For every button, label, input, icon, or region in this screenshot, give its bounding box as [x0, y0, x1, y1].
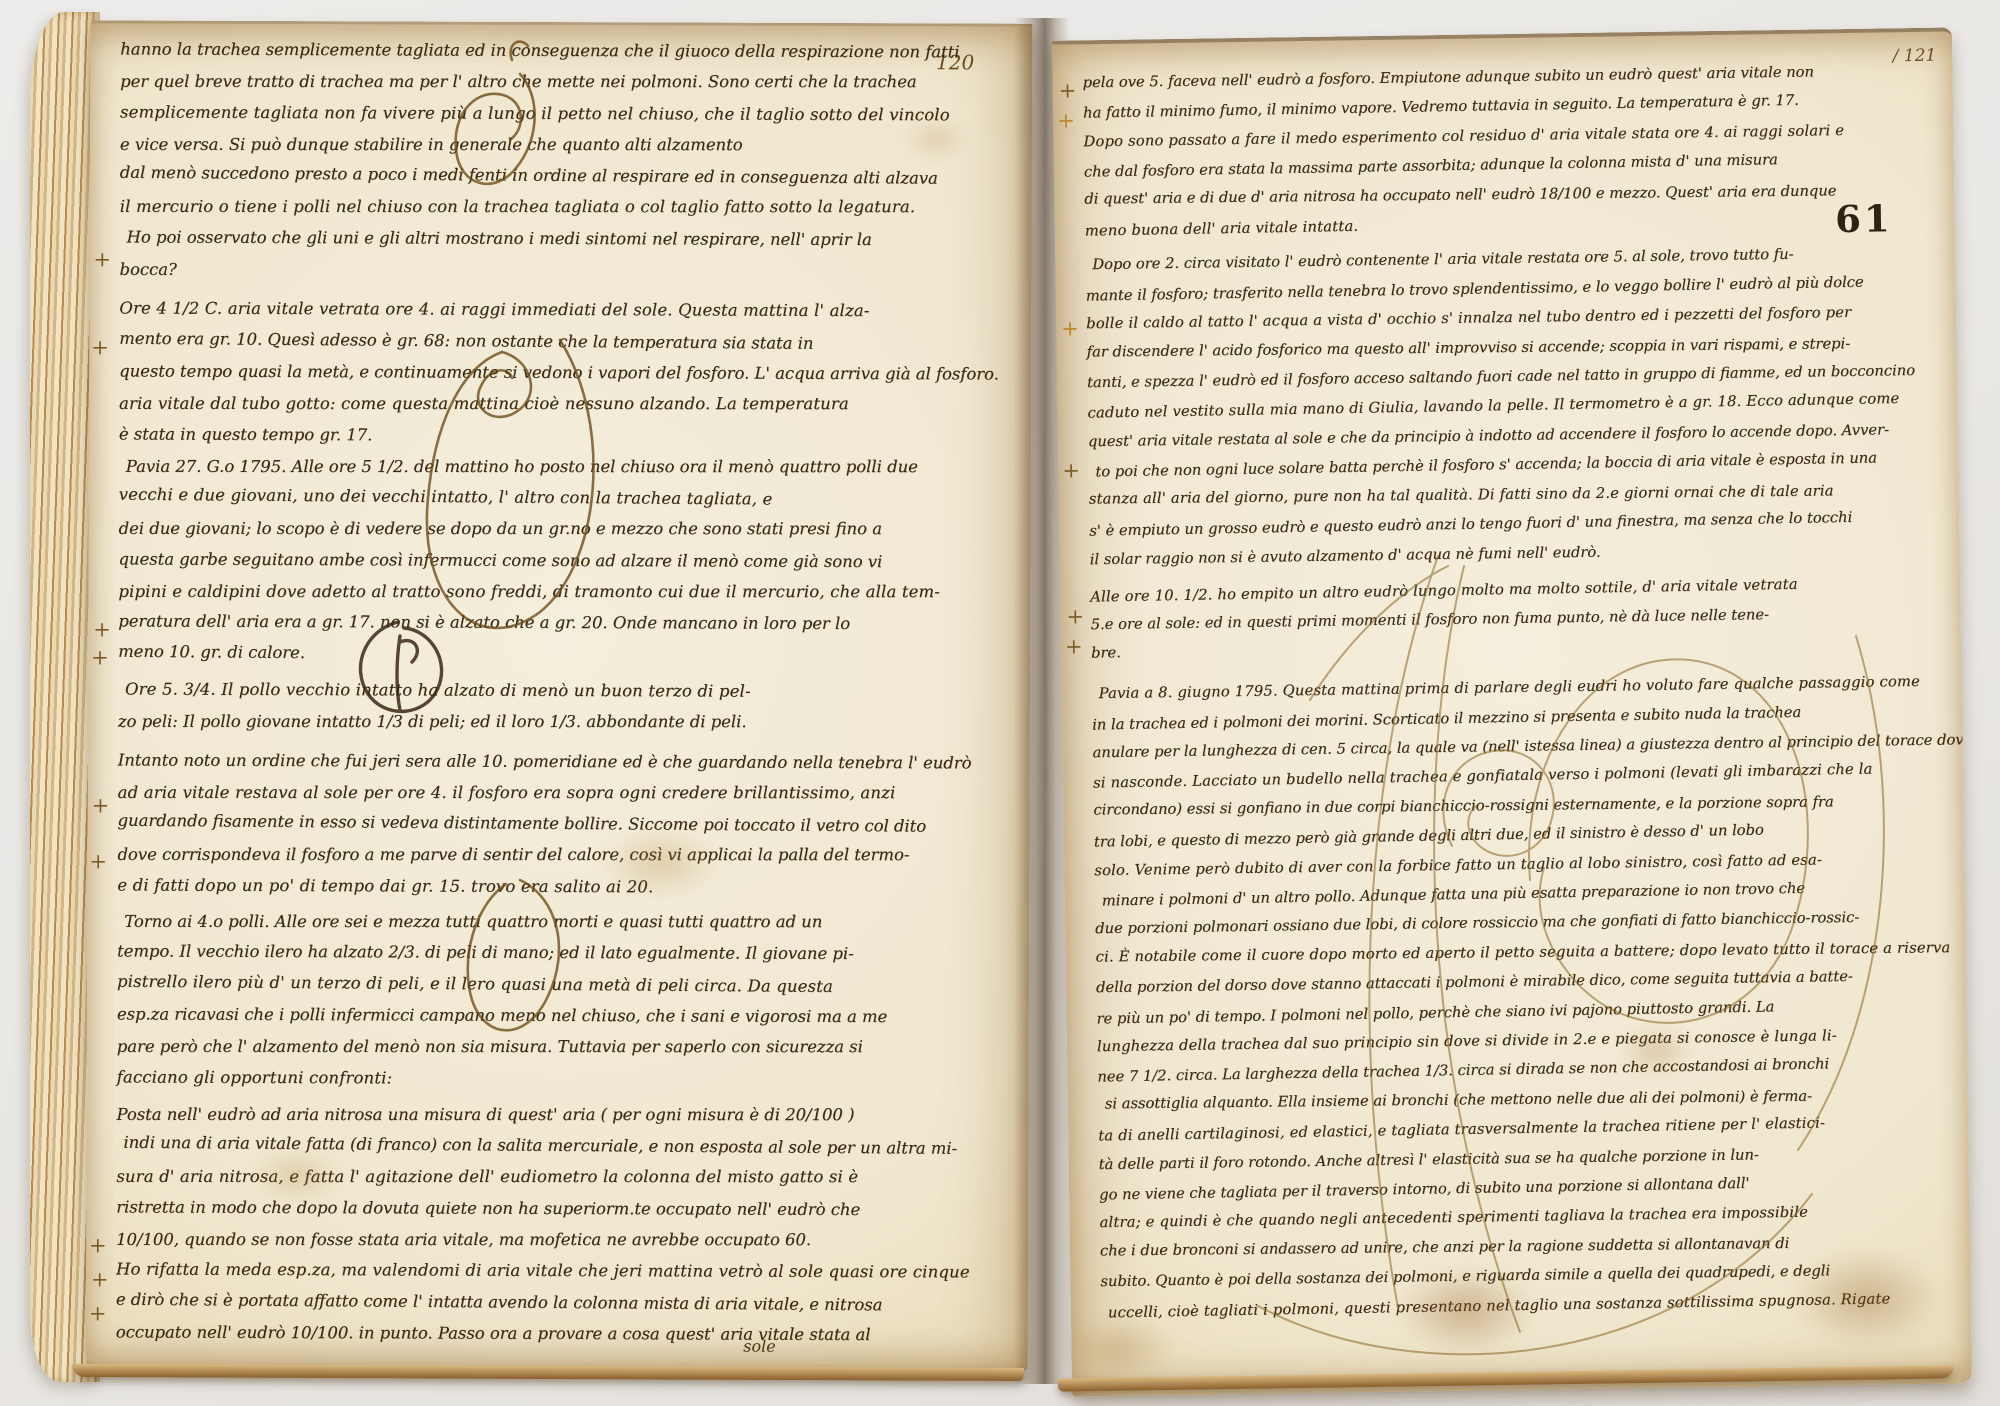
margin-cross-mark: + — [1057, 110, 1075, 131]
manuscript-line: Ho poi osservato che gli uni e gli altri… — [127, 221, 1024, 255]
manuscript-line: e di fatti dopo un po' di tempo dai gr. … — [117, 869, 1021, 903]
manuscript-line: pare però che l' alzamento del menò non … — [117, 1031, 1021, 1063]
manuscript-line: peratura dell' aria era a gr. 17. non si… — [118, 606, 1022, 640]
margin-cross-mark: + — [1061, 318, 1079, 339]
manuscript-line: Posta nell' eudrò ad aria nitrosa una mi… — [117, 1099, 1021, 1131]
margin-cross-mark: + — [1062, 460, 1080, 481]
margin-cross-mark: + — [89, 1303, 107, 1324]
manuscript-line: tempo. Il vecchio ilero ha alzato 2/3. d… — [117, 936, 1021, 970]
margin-cross-mark: + — [89, 851, 107, 872]
manuscript-line: ristretta in modo che dopo la dovuta qui… — [116, 1191, 1020, 1225]
left-page-text: hanno la trachea semplicemente tagliata … — [116, 33, 1025, 1350]
margin-cross-mark: + — [1066, 606, 1084, 627]
margin-cross-mark: + — [91, 337, 109, 358]
manuscript-line: zo peli: Il pollo giovane intatto 1/3 di… — [118, 706, 1022, 738]
manuscript-line: e dirò che si è portata affatto come l' … — [116, 1283, 1020, 1321]
manuscript-line: Pavia 27. G.o 1795. Alle ore 5 1/2. del … — [126, 451, 1023, 483]
margin-cross-mark: + — [1059, 80, 1077, 101]
margin-cross-mark: + — [1065, 636, 1083, 657]
left-page: 120 hanno la trachea semplicemente tagli… — [86, 20, 1033, 1370]
right-page: / 121 61 pela ove 5. faceva nell' eudrò … — [1052, 27, 1972, 1396]
manuscript-line: il mercurio o tiene i polli nel chiuso c… — [120, 191, 1024, 223]
margin-cross-mark: + — [91, 647, 109, 668]
manuscript-line: dei due giovani; lo scopo è di vedere se… — [119, 513, 1023, 545]
manuscript-line: semplicemente tagliata non fa vivere più… — [120, 96, 1024, 130]
manuscript-line: per quel breve tratto di trachea ma per … — [120, 66, 1024, 98]
manuscript-line: esp.za ricavasi che i polli infermicci c… — [117, 998, 1021, 1032]
manuscript-line: facciano gli opportuni confronti: — [117, 1061, 1021, 1095]
page-bottom-edge — [72, 1364, 1024, 1381]
manuscript-line: sura d' aria nitrosa, e fatta l' agitazi… — [116, 1161, 1020, 1193]
manuscript-line: occupato nell' eudrò 10/100. in punto. P… — [116, 1316, 1020, 1350]
manuscript-line: indi una di aria vitale fatta (di franco… — [123, 1127, 1020, 1165]
manuscript-line: e vice versa. Si può dunque stabilire in… — [120, 129, 1024, 161]
manuscript-line: questa garbe seguitano ambe così infermu… — [118, 543, 1022, 577]
margin-cross-mark: + — [89, 1235, 107, 1256]
manuscript-line: 10/100, quando se non fosse stata aria v… — [116, 1224, 1020, 1256]
catchword: sole — [743, 1337, 776, 1356]
margin-cross-mark: + — [91, 1269, 109, 1290]
manuscript-line: pistrello ilero più d' un terzo di peli,… — [117, 965, 1021, 1003]
manuscript-line: vecchi e due giovani, uno dei vecchi int… — [119, 479, 1023, 517]
manuscript-line: bocca? — [119, 254, 1023, 286]
manuscript-line: pipini e caldipini dove adetto al tratto… — [118, 576, 1022, 608]
manuscript-line: mento era gr. 10. Quesì adesso è gr. 68:… — [119, 322, 1023, 360]
manuscript-photo: 120 hanno la trachea semplicemente tagli… — [0, 0, 2000, 1406]
manuscript-line: dal menò succedono presto a poco i medi … — [120, 157, 1024, 195]
manuscript-line: è stata in questo tempo gr. 17. — [119, 418, 1023, 452]
right-page-text: pela ove 5. faceva nell' eudrò a fosforo… — [1082, 56, 1963, 1327]
manuscript-line: questo tempo quasi la metà, e continuame… — [119, 355, 1023, 389]
manuscript-line: hanno la trachea semplicemente tagliata … — [120, 33, 1024, 67]
manuscript-line: guardando fisamente in esso si vedeva di… — [117, 805, 1021, 843]
margin-cross-mark: + — [93, 249, 111, 270]
manuscript-line: Ore 5. 3/4. Il pollo vecchio intatto ha … — [125, 673, 1022, 707]
manuscript-line: Ho rifatta la meda esp.za, ma valendomi … — [116, 1254, 1020, 1288]
margin-cross-mark: + — [93, 619, 111, 640]
manuscript-line: Intanto noto un ordine che fui jeri sera… — [118, 744, 1022, 778]
manuscript-line: Torno ai 4.o polli. Alle ore sei e mezza… — [124, 906, 1021, 938]
manuscript-line: ad aria vitale restava al sole per ore 4… — [118, 777, 1022, 809]
margin-cross-mark: + — [92, 795, 110, 816]
manuscript-line: aria vitale dal tubo gotto: come questa … — [119, 388, 1023, 420]
manuscript-line: meno 10. gr. di calore. — [118, 635, 1022, 673]
manuscript-line: dove corrispondeva il fosforo a me parve… — [117, 839, 1021, 871]
manuscript-line: Ore 4 1/2 C. aria vitale vetrata ore 4. … — [119, 293, 1023, 327]
